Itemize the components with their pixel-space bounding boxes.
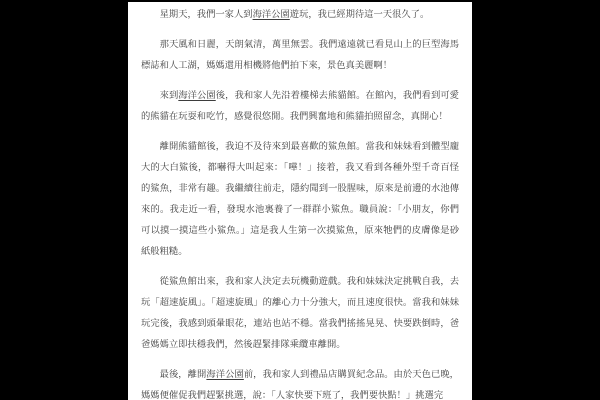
paragraph: 最後，離開海洋公園前，我和家人到禮品店購買紀念品。由於天色已晚，媽媽便催促我們趕…: [141, 364, 459, 400]
text-run: 來到: [160, 90, 179, 100]
text-run: 那天風和日麗，天朗氣清，萬里無雲。我們遠遠就已看見山上的巨型海馬標誌和人工湖，媽…: [141, 39, 459, 70]
essay-body: 星期天，我們一家人到海洋公園遊玩，我已經期待這一天很久了。那天風和日麗，天朗氣清…: [141, 4, 459, 400]
proper-noun-underlined: 海洋公園: [206, 369, 243, 379]
paragraph: 離開熊貓館後，我迫不及待來到最喜歡的鯊魚館。當我和妹妹看到體型龐大的大白鯊後，都…: [141, 136, 459, 262]
paragraph: 來到海洋公園後，我和家人先沿着樓梯去熊貓館。在館內，我們看到可愛的熊貓在玩耍和吃…: [141, 85, 459, 127]
text-run: 從鯊魚館出來，我和家人決定去玩機動遊戲。我和妹妹決定挑戰自我，去玩「超速旋風」。…: [141, 276, 459, 349]
document-page: 星期天，我們一家人到海洋公園遊玩，我已經期待這一天很久了。那天風和日麗，天朗氣清…: [128, 2, 472, 400]
text-run: 遊玩，我已經期待這一天很久了。: [290, 9, 429, 19]
proper-noun-underlined: 海洋公園: [253, 9, 290, 19]
paragraph: 從鯊魚館出來，我和家人決定去玩機動遊戲。我和妹妹決定挑戰自我，去玩「超速旋風」。…: [141, 271, 459, 355]
text-run: 最後，離開: [160, 369, 207, 379]
screen: { "page": { "background_color": "#000000…: [0, 0, 600, 400]
paragraph: 那天風和日麗，天朗氣清，萬里無雲。我們遠遠就已看見山上的巨型海馬標誌和人工湖，媽…: [141, 34, 459, 76]
proper-noun-underlined: 海洋公園: [178, 90, 215, 100]
text-run: 星期天，我們一家人到: [160, 9, 253, 19]
paragraph: 星期天，我們一家人到海洋公園遊玩，我已經期待這一天很久了。: [141, 4, 459, 25]
text-run: 離開熊貓館後，我迫不及待來到最喜歡的鯊魚館。當我和妹妹看到體型龐大的大白鯊後，都…: [141, 141, 459, 256]
document-viewer: 星期天，我們一家人到海洋公園遊玩，我已經期待這一天很久了。那天風和日麗，天朗氣清…: [0, 0, 600, 400]
